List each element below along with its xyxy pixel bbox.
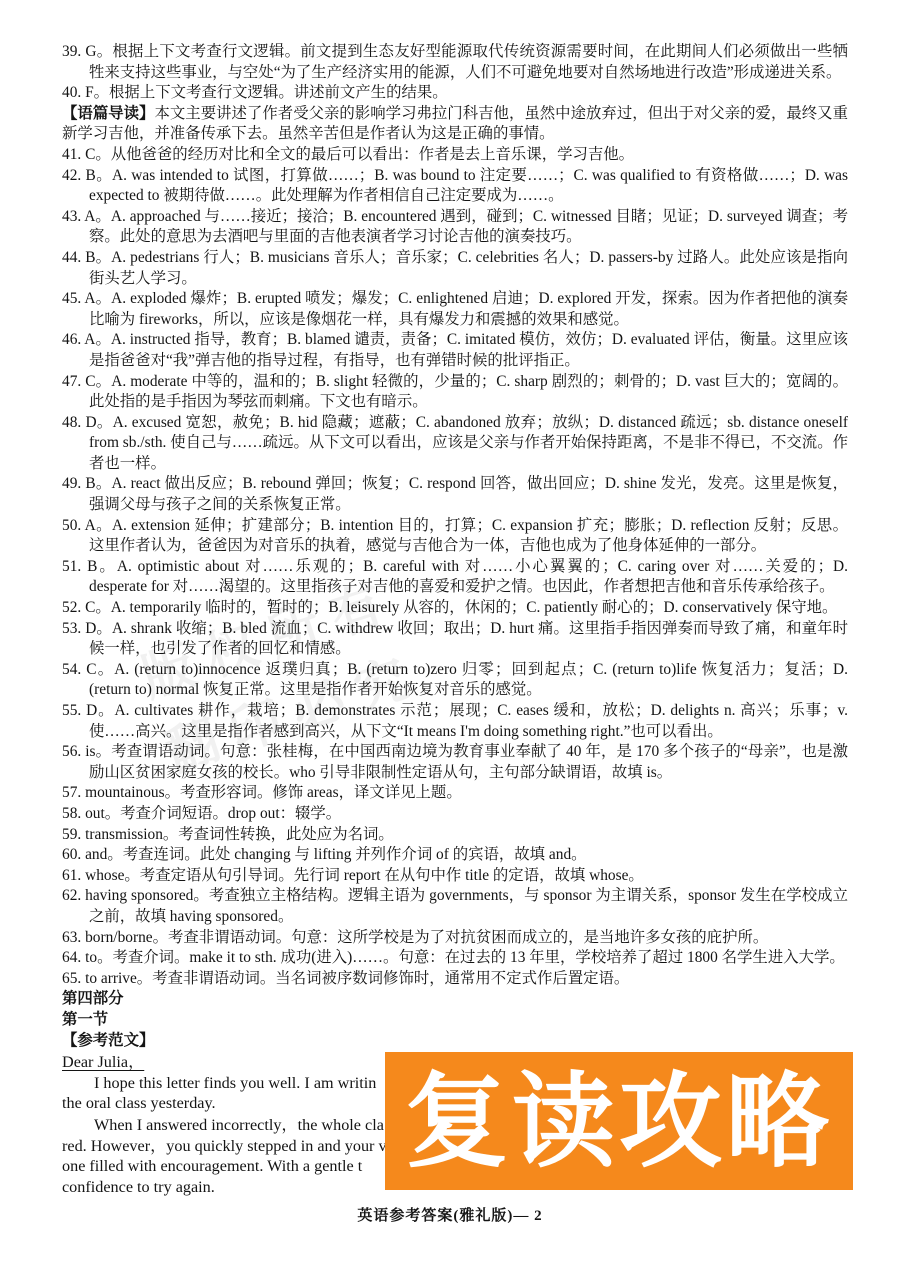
answer-number: 52. xyxy=(62,599,85,616)
passage-guide: 【语篇导读】本文主要讲述了作者受父亲的影响学习弗拉门科吉他，虽然中途放弃过，但出… xyxy=(62,104,848,145)
answer-text: D。A. excused 宽恕，赦免；B. hid 隐藏；遮蔽；C. aband… xyxy=(85,414,848,472)
answer-number: 45. xyxy=(62,290,84,307)
answer-text: D。A. shrank 收缩；B. bled 流血；C. withdrew 收回… xyxy=(85,620,848,658)
answer-text: to arrive。考查非谓语动词。当名词被序数词修饰时，通常用不定式作后置定语… xyxy=(85,970,629,987)
section-part-heading: 第四部分 xyxy=(62,989,848,1010)
answer-list-top: 39. G。根据上下文考查行文逻辑。前文提到生态友好型能源取代传统资源需要时间，… xyxy=(62,42,848,104)
answer-item: 40. F。根据上下文考查行文逻辑。讲述前文产生的结果。 xyxy=(62,83,848,104)
answer-number: 49. xyxy=(62,475,85,492)
answer-number: 59. xyxy=(62,826,85,843)
promo-watermark-text: 复读攻略 xyxy=(405,1070,833,1173)
answer-number: 41. xyxy=(62,146,85,163)
answer-number: 50. xyxy=(62,517,85,534)
answer-number: 46. xyxy=(62,331,84,348)
answer-text: B。A. pedestrians 行人；B. musicians 音乐人；音乐家… xyxy=(85,249,848,287)
answer-text: is。考查谓语动词。句意：张桂梅，在中国西南边境为教育事业奉献了 40 年，是 … xyxy=(85,743,848,781)
answer-item: 57. mountainous。考查形容词。修饰 areas，译文详见上题。 xyxy=(62,783,848,804)
answer-number: 53. xyxy=(62,620,85,637)
answer-text: A。A. approached 与……接近；接洽；B. encountered … xyxy=(84,208,848,246)
answer-item: 51. B。A. optimistic about 对……乐观的；B. care… xyxy=(62,557,848,598)
answer-text: transmission。考查词性转换，此处应为名词。 xyxy=(85,826,394,843)
answer-item: 62. having sponsored。考查独立主格结构。逻辑主语为 gove… xyxy=(62,886,848,927)
answer-item: 61. whose。考查定语从句引导词。先行词 report 在从句中作 tit… xyxy=(62,866,848,887)
answer-text: C。A. moderate 中等的，温和的；B. slight 轻微的，少量的；… xyxy=(85,373,848,411)
answer-text: B。A. react 做出反应；B. rebound 弹回；恢复；C. resp… xyxy=(85,475,848,513)
answer-item: 48. D。A. excused 宽恕，赦免；B. hid 隐藏；遮蔽；C. a… xyxy=(62,413,848,475)
answer-number: 56. xyxy=(62,743,85,760)
answer-text: C。A. (return to)innocence 返璞归真；B. (retur… xyxy=(86,661,848,699)
answer-text: out。考查介词短语。drop out：辍学。 xyxy=(85,805,341,822)
answer-text: B。A. was intended to 试图，打算做……；B. was bou… xyxy=(86,167,848,205)
answer-item: 43. A。A. approached 与……接近；接洽；B. encounte… xyxy=(62,207,848,248)
answer-item: 55. D。A. cultivates 耕作，栽培；B. demonstrate… xyxy=(62,701,848,742)
answer-item: 50. A。A. extension 延伸；扩建部分；B. intention … xyxy=(62,516,848,557)
letter-salutation-text: Dear Julia， xyxy=(62,1053,144,1071)
answer-number: 40. xyxy=(62,84,85,101)
answer-item: 63. born/borne。考查非谓语动词。句意：这所学校是为了对抗贫困而成立… xyxy=(62,928,848,949)
answer-item: 65. to arrive。考查非谓语动词。当名词被序数词修饰时，通常用不定式作… xyxy=(62,969,848,990)
answer-item: 58. out。考查介词短语。drop out：辍学。 xyxy=(62,804,848,825)
answer-item: 45. A。A. exploded 爆炸；B. erupted 喷发；爆发；C.… xyxy=(62,289,848,330)
answer-content: 39. G。根据上下文考查行文逻辑。前文提到生态友好型能源取代传统资源需要时间，… xyxy=(62,42,848,1197)
answer-number: 55. xyxy=(62,702,86,719)
passage-guide-label: 【语篇导读】 xyxy=(62,105,154,122)
answer-number: 39. xyxy=(62,43,85,60)
answer-item: 39. G。根据上下文考查行文逻辑。前文提到生态友好型能源取代传统资源需要时间，… xyxy=(62,42,848,83)
answer-number: 63. xyxy=(62,929,85,946)
answer-number: 62. xyxy=(62,887,85,904)
answer-text: G。根据上下文考查行文逻辑。前文提到生态友好型能源取代传统资源需要时间，在此期间… xyxy=(85,43,848,81)
answer-text: having sponsored。考查独立主格结构。逻辑主语为 governme… xyxy=(85,887,848,925)
answer-number: 47. xyxy=(62,373,85,390)
answer-text: B。A. optimistic about 对……乐观的；B. careful … xyxy=(87,558,848,596)
answer-text: A。A. extension 延伸；扩建部分；B. intention 目的，打… xyxy=(85,517,848,555)
answer-text: and。考查连词。此处 changing 与 lifting 并列作介词 of … xyxy=(85,846,586,863)
answer-list-main: 41. C。从他爸爸的经历对比和全文的最后可以看出：作者是去上音乐课，学习吉他。… xyxy=(62,145,848,989)
answer-text: whose。考查定语从句引导词。先行词 report 在从句中作 title 的… xyxy=(85,867,644,884)
answer-item: 42. B。A. was intended to 试图，打算做……；B. was… xyxy=(62,166,848,207)
answer-number: 60. xyxy=(62,846,85,863)
answer-text: A。A. exploded 爆炸；B. erupted 喷发；爆发；C. enl… xyxy=(84,290,848,328)
answer-text: D。A. cultivates 耕作，栽培；B. demonstrates 示范… xyxy=(86,702,848,740)
answer-number: 57. xyxy=(62,784,85,801)
answer-text: A。A. instructed 指导，教育；B. blamed 谴责，责备；C.… xyxy=(84,331,848,369)
answer-item: 52. C。A. temporarily 临时的，暂时的；B. leisurel… xyxy=(62,598,848,619)
answer-text: F。根据上下文考查行文逻辑。讲述前文产生的结果。 xyxy=(85,84,448,101)
answer-number: 51. xyxy=(62,558,87,575)
sample-essay-label: 【参考范文】 xyxy=(62,1031,848,1052)
passage-guide-text: 本文主要讲述了作者受父亲的影响学习弗拉门科吉他，虽然中途放弃过，但出于对父亲的爱… xyxy=(62,105,848,143)
answer-item: 49. B。A. react 做出反应；B. rebound 弹回；恢复；C. … xyxy=(62,474,848,515)
answer-number: 48. xyxy=(62,414,85,431)
promo-watermark-banner: 复读攻略 xyxy=(385,1052,853,1190)
answer-item: 53. D。A. shrank 收缩；B. bled 流血；C. withdre… xyxy=(62,619,848,660)
answer-number: 61. xyxy=(62,867,85,884)
answer-number: 44. xyxy=(62,249,85,266)
answer-number: 43. xyxy=(62,208,84,225)
answer-item: 54. C。A. (return to)innocence 返璞归真；B. (r… xyxy=(62,660,848,701)
answer-item: 47. C。A. moderate 中等的，温和的；B. slight 轻微的，… xyxy=(62,372,848,413)
answer-item: 41. C。从他爸爸的经历对比和全文的最后可以看出：作者是去上音乐课，学习吉他。 xyxy=(62,145,848,166)
answer-text: C。从他爸爸的经历对比和全文的最后可以看出：作者是去上音乐课，学习吉他。 xyxy=(85,146,634,163)
answer-number: 64. xyxy=(62,949,85,966)
answer-item: 46. A。A. instructed 指导，教育；B. blamed 谴责，责… xyxy=(62,330,848,371)
section-node-heading: 第一节 xyxy=(62,1010,848,1031)
answer-text: to。考查介词。make it to sth. 成功(进入)……。句意：在过去的… xyxy=(85,949,845,966)
answer-text: C。A. temporarily 临时的，暂时的；B. leisurely 从容… xyxy=(85,599,837,616)
answer-text: mountainous。考查形容词。修饰 areas，译文详见上题。 xyxy=(85,784,462,801)
answer-item: 64. to。考查介词。make it to sth. 成功(进入)……。句意：… xyxy=(62,948,848,969)
answer-number: 65. xyxy=(62,970,85,987)
exam-answer-page: 版权所有 翻印必究 39. G。根据上下文考查行文逻辑。前文提到生态友好型能源取… xyxy=(0,0,900,1273)
answer-number: 42. xyxy=(62,167,86,184)
answer-item: 60. and。考查连词。此处 changing 与 lifting 并列作介词… xyxy=(62,845,848,866)
answer-item: 44. B。A. pedestrians 行人；B. musicians 音乐人… xyxy=(62,248,848,289)
answer-number: 58. xyxy=(62,805,85,822)
page-footer: 英语参考答案(雅礼版)— 2 xyxy=(0,1204,900,1225)
answer-item: 56. is。考查谓语动词。句意：张桂梅，在中国西南边境为教育事业奉献了 40 … xyxy=(62,742,848,783)
answer-number: 54. xyxy=(62,661,86,678)
answer-text: born/borne。考查非谓语动词。句意：这所学校是为了对抗贫困而成立的，是当… xyxy=(85,929,768,946)
answer-item: 59. transmission。考查词性转换，此处应为名词。 xyxy=(62,825,848,846)
